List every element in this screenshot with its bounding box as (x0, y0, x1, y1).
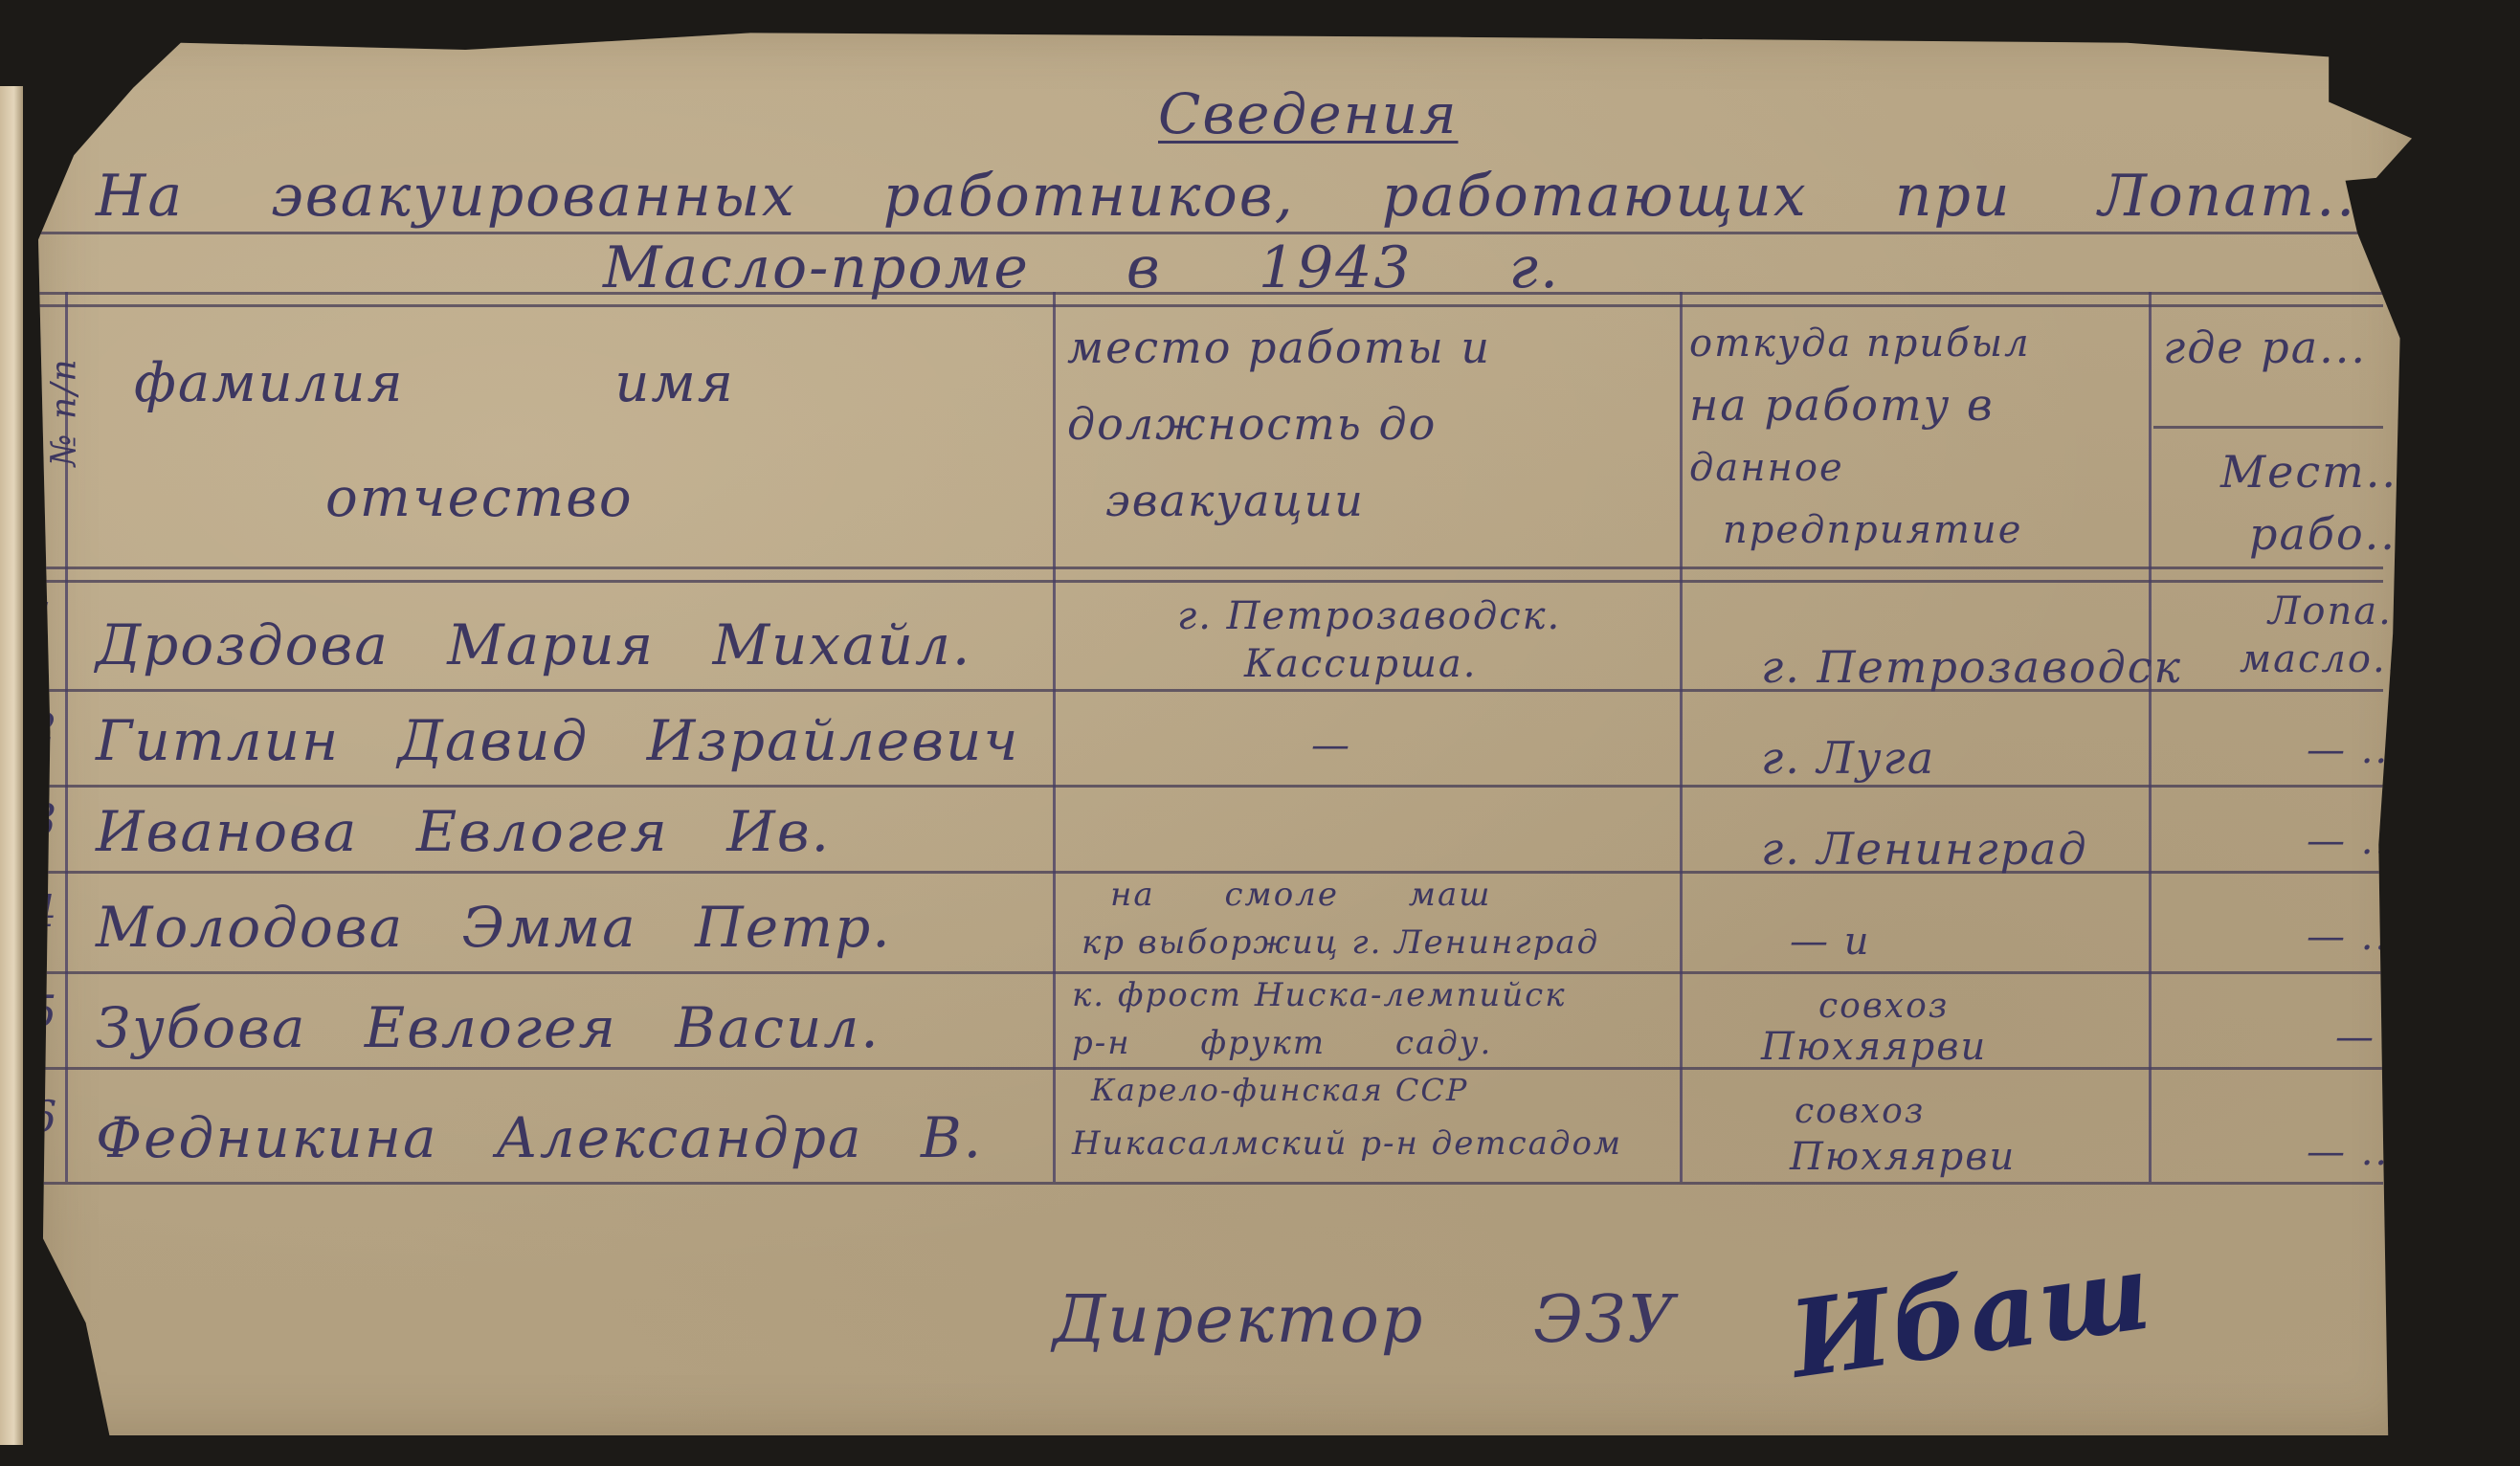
header-name-line1: фамилия имя (134, 344, 735, 422)
row-rule-2 (38, 785, 2383, 788)
row-4-prev-work-1: на смоле маш (1110, 876, 1491, 915)
row-6-current: — ... (2307, 1129, 2403, 1175)
row-5-prev-work-2: р-н фрукт саду. (1072, 1024, 1492, 1063)
row-rule-6 (38, 1182, 2383, 1185)
row-1-arrived: г. Петрозаводск (1761, 641, 2182, 694)
row-6-arrived-2: Пюхяярви (1790, 1134, 2016, 1180)
row-6-prev-work-1: Карело-финская ССР (1091, 1072, 1468, 1108)
header-number: № п/п (45, 357, 84, 466)
header-bottom-rule (38, 566, 2383, 569)
row-5-prev-work-1: к. фрост Ниска-лемпийск (1072, 976, 1567, 1015)
header-current-work-sub-1: Мест... (2220, 440, 2414, 504)
table-top-rule-2 (38, 304, 2383, 307)
header-bottom-rule-2 (38, 580, 2383, 583)
row-6-arrived-1: совхоз (1795, 1091, 1925, 1132)
row-1-number: 1 (29, 593, 58, 645)
row-rule-4 (38, 971, 2383, 974)
header-prev-work-2: должность до (1067, 392, 1437, 456)
signatory-title: Директор ЭЗУ (1053, 1282, 1677, 1358)
row-3-arrived: г. Ленинград (1761, 823, 2088, 876)
row-6-prev-work-2: Никасалмский р-н детсадом (1072, 1124, 1622, 1164)
row-4-prev-work-2: кр выборжиц г. Ленинград (1082, 923, 1599, 963)
row-3-number: 3 (29, 794, 58, 846)
header-prev-work-3: эвакуации (1105, 469, 1365, 533)
row-2-arrived: г. Луга (1761, 732, 1935, 785)
table-top-rule (38, 292, 2383, 295)
subcol-rule (2153, 426, 2383, 429)
header-name-line2: отчество (325, 459, 634, 537)
row-2-name: Гитлин Давид Израйлевич (96, 708, 1019, 773)
binding-edge (0, 86, 23, 1445)
col-divider-name (1053, 292, 1056, 1182)
header-arrived-3: данное (1689, 440, 1844, 496)
row-2-prev-work: — (1311, 722, 1351, 768)
row-5-name: Зубова Евлогея Васил. (96, 995, 881, 1060)
col-divider-prev-work (1680, 292, 1683, 1182)
subtitle-line-1: На эвакуированных работников, работающих… (96, 163, 2376, 230)
row-4-current: — ... (2307, 914, 2403, 960)
document-title: Сведения (1158, 81, 1459, 146)
row-6-number: 6 (29, 1091, 58, 1143)
document-sheet: Сведения На эвакуированных работников, р… (38, 29, 2412, 1435)
signature: Ибаш (1783, 1229, 2159, 1401)
col-divider-arrived (2149, 292, 2152, 1182)
row-5-arrived-2: Пюхяярви (1761, 1024, 1987, 1070)
row-5-arrived-1: совхоз (1818, 986, 1949, 1027)
row-4-arrived: — и (1790, 919, 1870, 965)
header-prev-work-1: место работы и (1067, 316, 1491, 380)
row-2-number: 2 (29, 703, 58, 755)
header-arrived-1: откуда прибыл (1689, 316, 2031, 371)
row-3-current: — ... (2307, 818, 2403, 864)
row-6-name: Федникина Александра В. (96, 1105, 983, 1170)
row-2-current: — ... (2307, 727, 2403, 773)
row-1-current-2: масло... (2240, 636, 2415, 682)
row-4-number: 4 (29, 885, 58, 937)
header-arrived-2: на работу в (1689, 373, 1995, 437)
row-rule-5 (38, 1067, 2383, 1070)
header-arrived-4: предприятие (1723, 502, 2022, 558)
row-1-name: Дроздова Мария Михайл. (96, 612, 971, 677)
row-5-current: — (2335, 1014, 2375, 1060)
row-5-number: 5 (29, 986, 58, 1037)
row-1-prev-work-1: г. Петрозаводск. (1177, 593, 1561, 639)
row-1-prev-work-2: Кассирша. (1244, 641, 1477, 687)
row-4-name: Молодова Эмма Петр. (96, 895, 892, 960)
header-current-work-sub-2: рабо... (2249, 502, 2413, 566)
row-1-current-1: Лопа... (2268, 589, 2420, 634)
header-current-work: где ра... (2163, 316, 2367, 380)
row-3-name: Иванова Евлогея Ив. (96, 799, 831, 864)
